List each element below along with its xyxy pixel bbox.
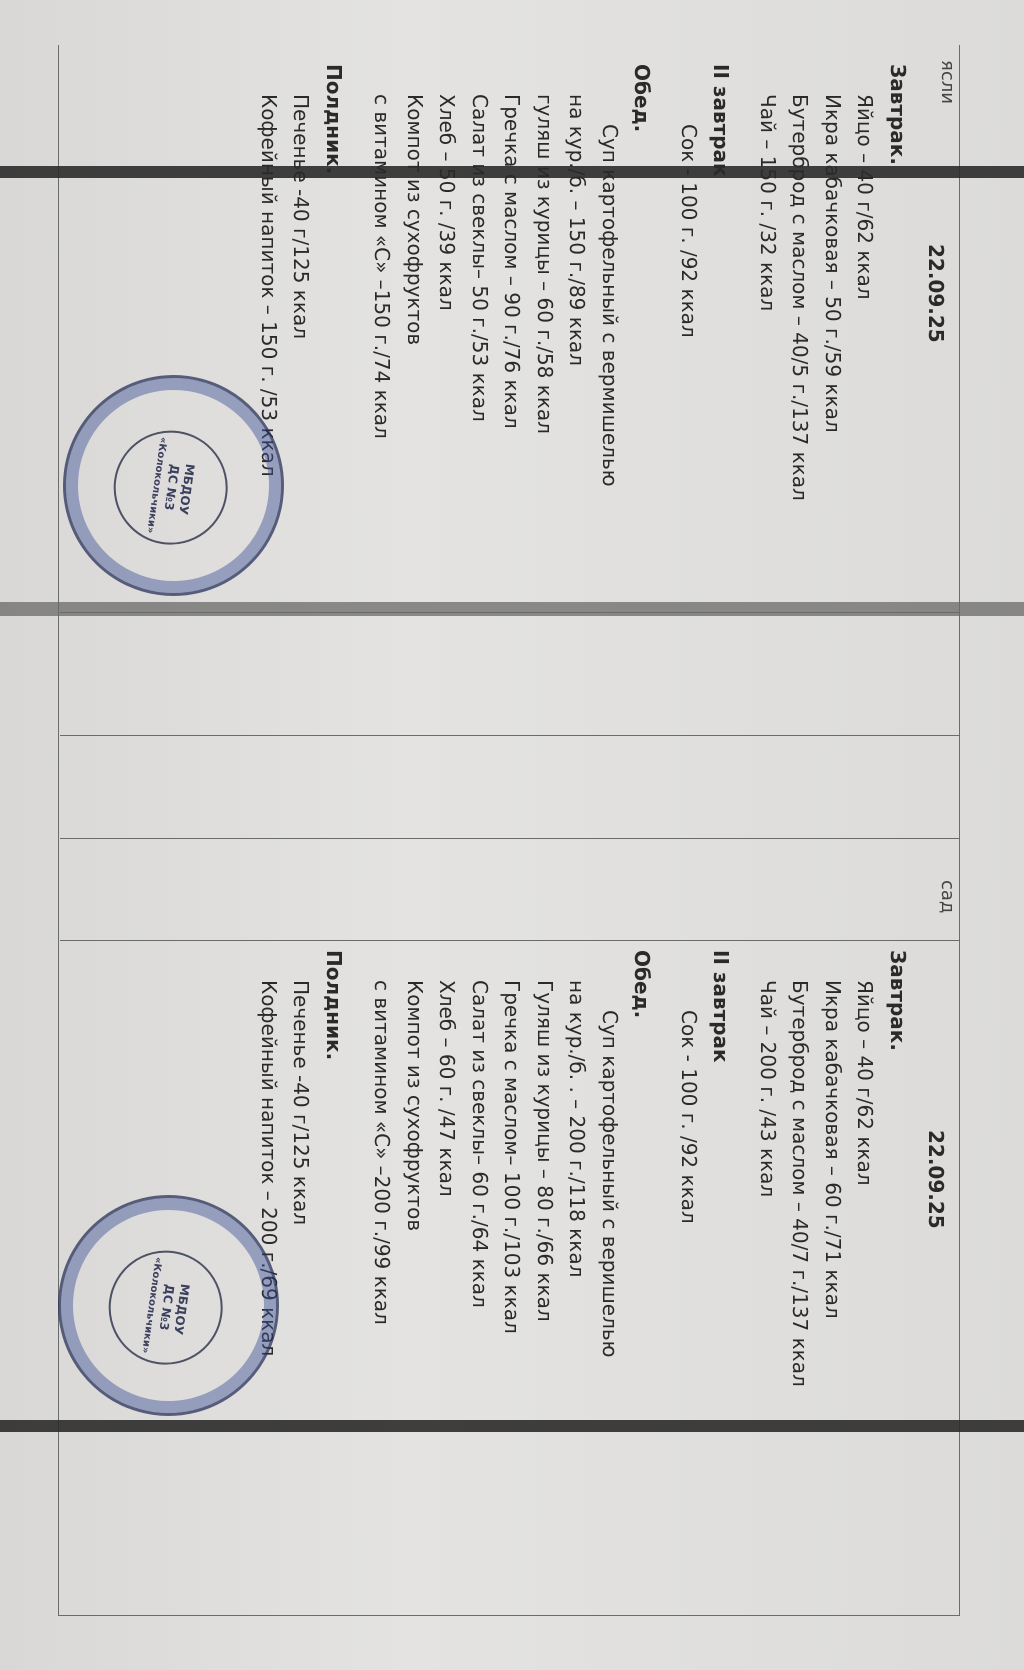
meal-lunch: Обед. Суп картофельный с веришелью на ку… xyxy=(366,950,659,1470)
menu-column-2: 22.09.25 Завтрак. Яйцо – 40 г/62 ккал Ик… xyxy=(253,950,953,1470)
menu-page: ясли сад 22.09.25 Завтрак. Яйцо – 40 г/6… xyxy=(0,0,1024,1670)
column-divider xyxy=(60,940,960,941)
menu-item: Гуляш из курицы – 80 г./66 ккал xyxy=(529,950,562,1470)
menu-item: Чай – 200 г. /43 ккал xyxy=(752,950,785,1470)
menu-item: Печенье -40 г/125 ккал xyxy=(285,950,318,1470)
menu-item: Суп картофельный с веришелью xyxy=(594,950,627,1470)
menu-item: Яйцо – 40 г/62 ккал xyxy=(849,950,882,1470)
menu-item: Гречка с маслом – 90 г./76 ккал xyxy=(496,64,529,584)
menu-item: Гречка с маслом– 100 г./103 ккал xyxy=(496,950,529,1470)
menu-item: Салат из свеклы– 50 г./53 ккал xyxy=(464,64,497,584)
menu-item: Хлеб – 50 г. /39 ккал xyxy=(431,64,464,584)
menu-item: Икра кабачковая – 60 г./71 ккал xyxy=(817,950,850,1470)
menu-column-1: 22.09.25 Завтрак. Яйцо – 40 г/62 ккал Ик… xyxy=(253,64,953,584)
meal-title: II завтрак xyxy=(705,950,738,1470)
meal-title: Завтрак. xyxy=(882,950,915,1470)
menu-item: Чай – 150 г. /32 ккал xyxy=(752,64,785,584)
menu-date: 22.09.25 xyxy=(920,244,953,343)
menu-item: Печенье -40 г/125 ккал xyxy=(285,64,318,584)
meal-afternoon-snack: Полдник. Печенье -40 г/125 ккал Кофейный… xyxy=(253,950,351,1470)
menu-item: Компот из сухофруктов xyxy=(399,950,432,1470)
meal-second-breakfast: II завтрак Сок - 100 г. /92 ккал xyxy=(673,950,738,1470)
menu-item: Бутерброд с маслом – 40/7 г./137 ккал xyxy=(784,950,817,1470)
menu-item: Салат из свеклы– 60 г./64 ккал xyxy=(464,950,497,1470)
menu-item: Суп картофельный с вермишелью xyxy=(594,64,627,584)
meal-title: Полдник. xyxy=(318,950,351,1470)
menu-item: на кур./б. . – 200 г./118 ккал xyxy=(561,950,594,1470)
meal-title: II завтрак xyxy=(705,64,738,584)
meal-lunch: Обед. Суп картофельный с вермишелью на к… xyxy=(366,64,659,584)
scan-artifact-line xyxy=(0,602,1024,616)
meal-breakfast: Завтрак. Яйцо – 40 г/62 ккал Икра кабачк… xyxy=(752,64,915,584)
menu-item: Сок - 100 г. /92 ккал xyxy=(673,64,706,584)
meal-title: Завтрак. xyxy=(882,64,915,584)
meal-title: Полдник. xyxy=(318,64,351,584)
column-divider xyxy=(60,838,960,839)
menu-item: Икра кабачковая – 50 г./59 ккал xyxy=(817,64,850,584)
menu-item: Бутерброд с маслом – 40/5 г./137 ккал xyxy=(784,64,817,584)
stamp-center: МБДОУ ДС №3 «Колокольчики» xyxy=(102,1243,231,1372)
menu-item: гуляш из курицы – 60 г./58 ккал xyxy=(529,64,562,584)
meal-breakfast: Завтрак. Яйцо – 40 г/62 ккал Икра кабачк… xyxy=(752,950,915,1470)
menu-item: Яйцо – 40 г/62 ккал xyxy=(849,64,882,584)
menu-item: с витамином «С» –200 г./99 ккал xyxy=(366,950,399,1470)
menu-item: Сок - 100 г. /92 ккал xyxy=(673,950,706,1470)
meal-second-breakfast: II завтрак Сок - 100 г. /92 ккал xyxy=(673,64,738,584)
meal-title: Обед. xyxy=(626,950,659,1470)
stamp-center: МБДОУ ДС №3 «Колокольчики» xyxy=(107,423,236,552)
menu-item: с витамином «С» –150 г./74 ккал xyxy=(366,64,399,584)
menu-item: на кур./б. – 150 г./89 ккал xyxy=(561,64,594,584)
menu-date: 22.09.25 xyxy=(920,1130,953,1229)
meal-title: Обед. xyxy=(626,64,659,584)
menu-item: Кофейный напиток – 200 г./69 ккал xyxy=(253,950,286,1470)
menu-item: Компот из сухофруктов xyxy=(399,64,432,584)
column-divider xyxy=(60,735,960,736)
menu-item: Хлеб – 60 г. /47 ккал xyxy=(431,950,464,1470)
